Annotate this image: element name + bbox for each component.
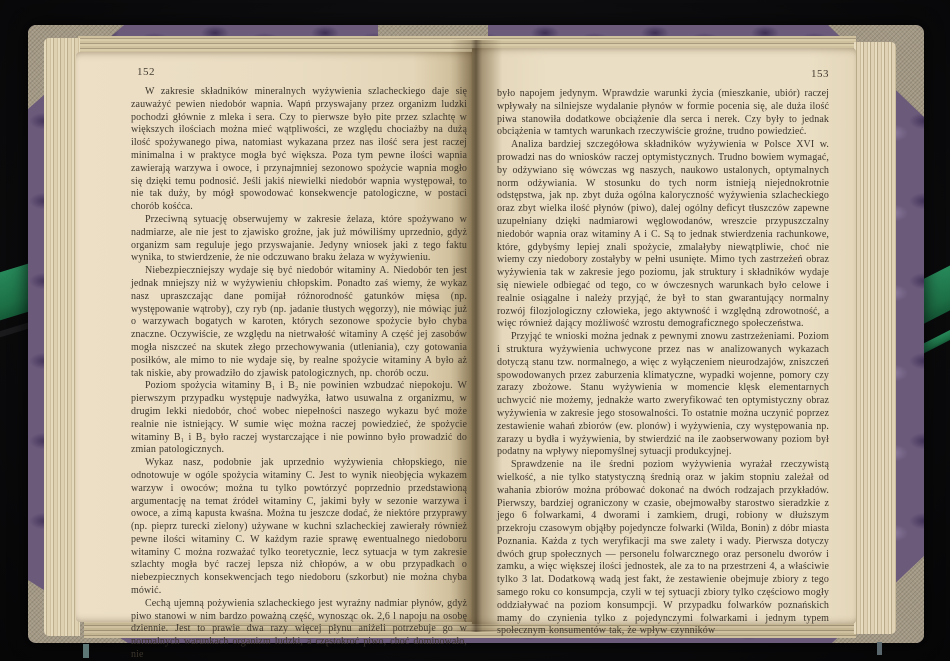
paragraph: Sprawdzenie na ile średni poziom wyżywie… [497,459,829,638]
page-stack-right-edge [854,42,896,634]
right-page-body: było napojem jedynym. Wprawdzie warunki … [497,88,829,638]
left-page-number: 152 [137,66,467,78]
bottom-edge-mark-left [83,644,89,658]
right-page-number: 153 [497,68,829,80]
paragraph: było napojem jedynym. Wprawdzie warunki … [497,88,829,139]
bottom-edge-mark-right [877,642,882,655]
right-page-text: 153 było napojem jedynym. Wprawdzie waru… [497,68,829,638]
left-page-text: 152 W zakresie składników mineralnych wy… [131,66,467,661]
paragraph: Poziom spożycia witaminy B₁ i B₂ nie pow… [131,380,467,457]
book-scan: 152 W zakresie składników mineralnych wy… [0,0,950,661]
paragraph: Cechą ujemną pożywienia szlacheckiego je… [131,598,467,661]
paragraph: Niebezpieczniejszy wydaje się być niedob… [131,265,467,380]
page-stack-left-edge [44,38,80,636]
paragraph: Wykaz nasz, podobnie jak uprzednio wyżyw… [131,457,467,598]
left-page-body: W zakresie składników mineralnych wyżywi… [131,86,467,661]
paragraph: W zakresie składników mineralnych wyżywi… [131,86,467,214]
paragraph: Analiza bardziej szczegółowa składników … [497,139,829,331]
paragraph: Przeciwną sytuację obserwujemy w zakresi… [131,214,467,265]
paragraph: Przyjąć te wnioski można jednak z pewnym… [497,331,829,459]
